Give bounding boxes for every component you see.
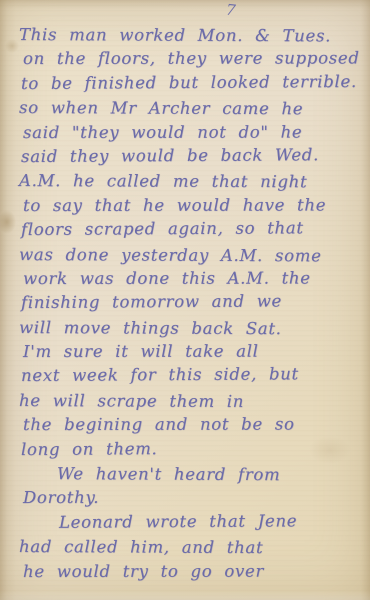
letter-line: long on them. bbox=[21, 436, 362, 462]
letter-line: I'm sure it will take all bbox=[23, 339, 362, 364]
letter-line: said they would be back Wed. bbox=[21, 143, 362, 169]
letter-line: had called him, and that bbox=[19, 535, 362, 561]
letter-line: he will scrape them in bbox=[19, 389, 362, 415]
letter-line: Dorothy. bbox=[23, 486, 362, 511]
letter-line: floors scraped again, so that bbox=[21, 216, 362, 242]
letter-line: We haven't heard from bbox=[19, 462, 362, 488]
paper-stain bbox=[0, 205, 20, 239]
page-number: 7 bbox=[225, 1, 236, 20]
letter-line: will move things back Sat. bbox=[19, 316, 362, 342]
letter-line: he would try to go over bbox=[23, 559, 362, 584]
letter-line: to say that he would have the bbox=[23, 193, 362, 218]
letter-line: on the floors, they were supposed bbox=[23, 47, 362, 72]
letter-line: said "they would not do" he bbox=[23, 120, 362, 145]
letter-line: work was done this A.M. the bbox=[23, 266, 362, 291]
letter-body: This man worked Mon. & Tues.on the floor… bbox=[19, 23, 362, 584]
letter-line: finishing tomorrow and we bbox=[21, 289, 362, 315]
letter-line: the begining and not be so bbox=[23, 413, 362, 438]
letter-line: next week for this side, but bbox=[21, 362, 362, 388]
letter-page: 7 This man worked Mon. & Tues.on the flo… bbox=[0, 0, 370, 600]
letter-line: This man worked Mon. & Tues. bbox=[19, 23, 362, 49]
letter-line: so when Mr Archer came he bbox=[19, 96, 362, 122]
letter-line: was done yesterday A.M. some bbox=[19, 243, 362, 269]
letter-line: to be finished but looked terrible. bbox=[21, 70, 362, 96]
letter-line: A.M. he called me that night bbox=[19, 169, 362, 195]
letter-line: Leonard wrote that Jene bbox=[21, 509, 362, 535]
